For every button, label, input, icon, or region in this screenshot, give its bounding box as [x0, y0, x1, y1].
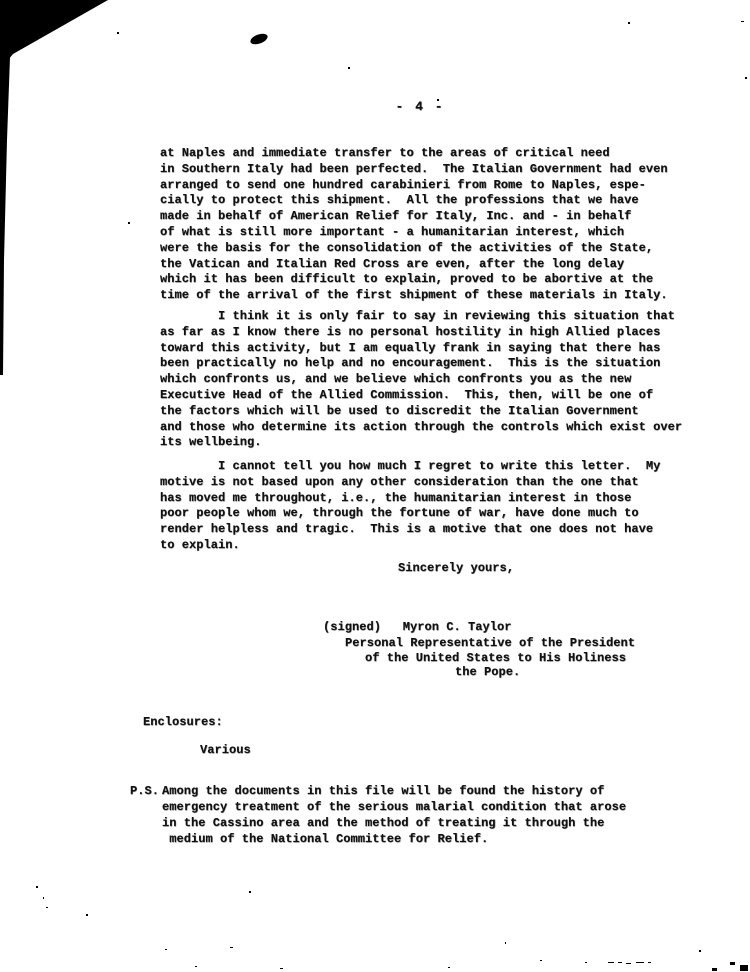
- signature-line-title-3: the Pope.: [455, 665, 520, 681]
- body-paragraph-2: I think it is only fair to say in review…: [160, 309, 682, 451]
- body-paragraph-1: at Naples and immediate transfer to the …: [160, 146, 668, 304]
- postscript-label: P.S.: [130, 784, 159, 800]
- enclosures-label: Enclosures:: [143, 715, 223, 731]
- body-paragraph-3: I cannot tell you how much I regret to w…: [160, 459, 660, 554]
- postscript-text: Among the documents in this file will be…: [162, 784, 626, 848]
- signature-line-signed: (signed) Myron C. Taylor: [323, 620, 512, 636]
- signature-line-title-1: Personal Representative of the President: [345, 636, 635, 652]
- valediction: Sincerely yours,: [398, 561, 514, 577]
- page-number: - 4 -: [160, 99, 680, 115]
- ink-blob-artifact: [249, 32, 269, 47]
- enclosures-value: Various: [200, 743, 251, 759]
- corner-shadow-artifact: [0, 0, 108, 63]
- left-edge-shadow-artifact: [0, 52, 10, 375]
- scanned-letter-page: - 4 - at Naples and immediate transfer t…: [0, 0, 750, 972]
